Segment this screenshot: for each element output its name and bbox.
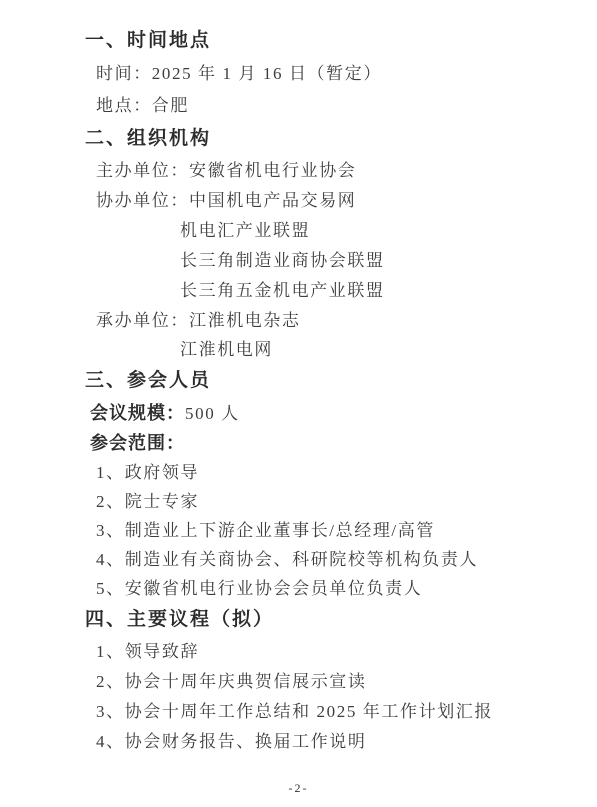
section-heading-participants: 三、参会人员 <box>85 366 559 396</box>
meeting-scale-label: 会议规模： <box>90 403 185 423</box>
document-content: 一、时间地点 时间：2025 年 1 月 16 日（暂定） 地点：合肥 二、组织… <box>0 0 597 757</box>
page-number: -2- <box>0 781 597 796</box>
list-item: 1、政府领导 <box>96 458 559 487</box>
undertaker-org-line: 江淮机电网 <box>180 336 559 364</box>
section-heading-time-location: 一、时间地点 <box>85 26 559 56</box>
list-item: 4、制造业有关商协会、科研院校等机构负责人 <box>96 545 559 574</box>
undertaker-org-line: 承办单位：江淮机电杂志 <box>96 306 559 336</box>
list-item: 3、制造业上下游企业董事长/总经理/高管 <box>96 516 559 545</box>
co-org-line: 机电汇产业联盟 <box>180 216 559 246</box>
co-org-line: 长三角制造业商协会联盟 <box>180 246 559 276</box>
time-line: 时间：2025 年 1 月 16 日（暂定） <box>96 58 559 90</box>
co-org-line: 协办单位：中国机电产品交易网 <box>96 186 559 216</box>
list-item: 5、安徽省机电行业协会会员单位负责人 <box>96 574 559 603</box>
meeting-scale-value: 500 人 <box>185 404 240 423</box>
document-page: 一、时间地点 时间：2025 年 1 月 16 日（暂定） 地点：合肥 二、组织… <box>0 0 597 807</box>
section-heading-agenda: 四、主要议程（拟） <box>85 605 559 635</box>
list-item: 1、领导致辞 <box>96 637 559 667</box>
scope-label: 参会范围： <box>90 433 185 453</box>
scope-line: 参会范围： <box>90 428 559 458</box>
location-line: 地点：合肥 <box>96 90 559 122</box>
co-org-line: 长三角五金机电产业联盟 <box>180 276 559 306</box>
host-org-line: 主办单位：安徽省机电行业协会 <box>96 156 559 186</box>
section-heading-organization: 二、组织机构 <box>85 124 559 154</box>
list-item: 2、院士专家 <box>96 487 559 516</box>
list-item: 4、协会财务报告、换届工作说明 <box>96 727 559 757</box>
meeting-scale-line: 会议规模：500 人 <box>90 398 559 428</box>
list-item: 2、协会十周年庆典贺信展示宣读 <box>96 667 559 697</box>
list-item: 3、协会十周年工作总结和 2025 年工作计划汇报 <box>96 697 559 727</box>
